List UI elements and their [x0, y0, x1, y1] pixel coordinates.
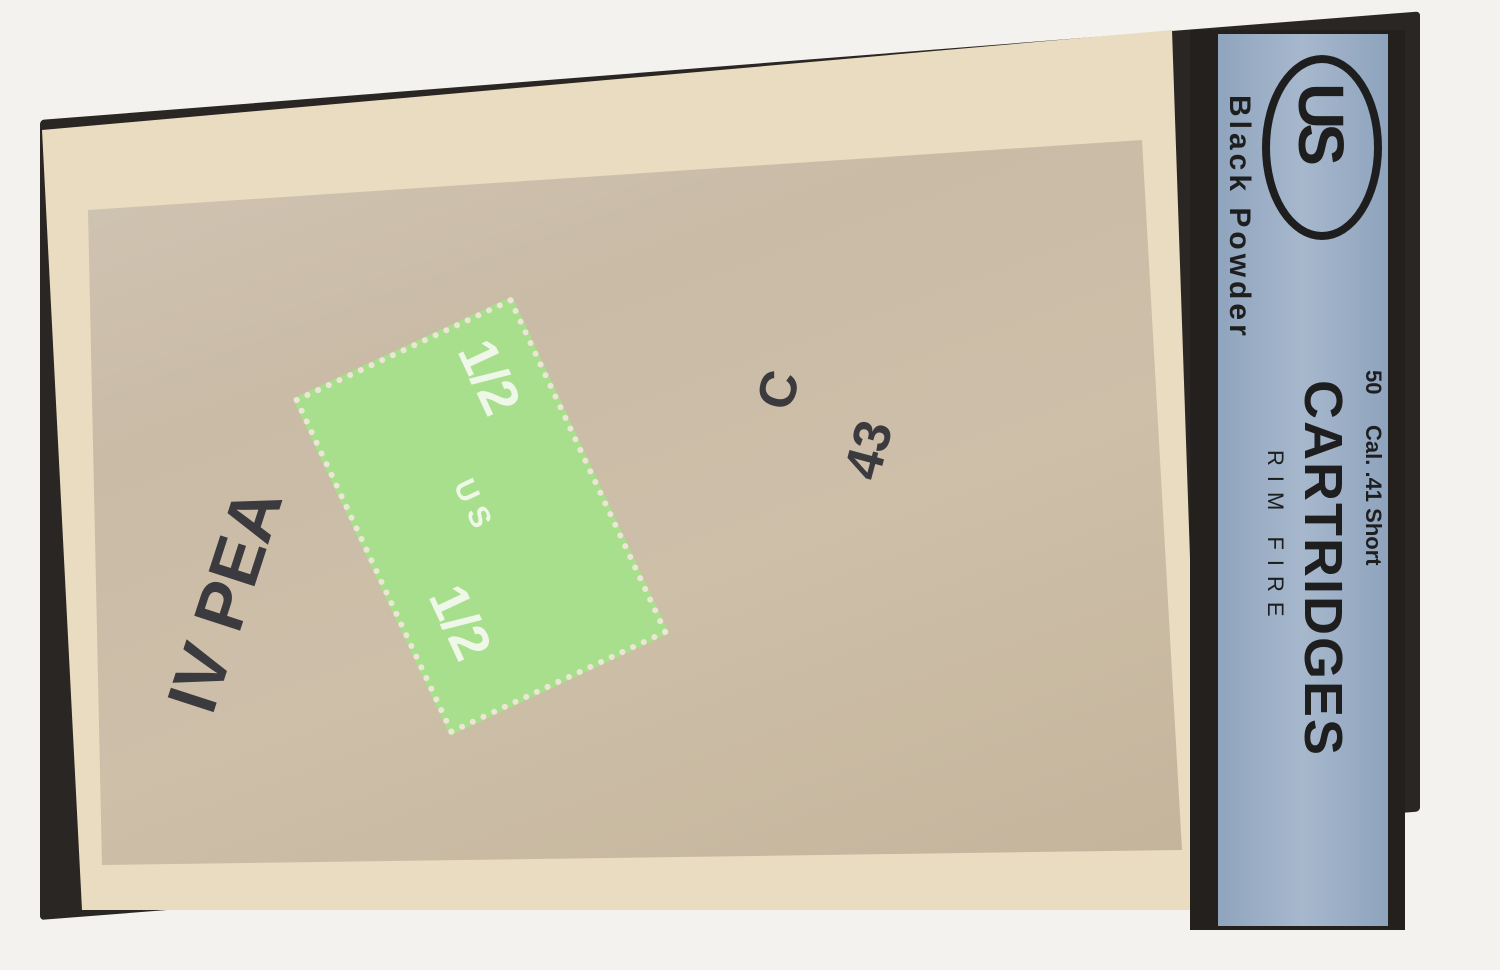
count-label: 50: [1360, 370, 1386, 394]
us-logo: US: [1262, 55, 1382, 240]
caliber-label: Cal. .41 Short: [1360, 425, 1386, 566]
cartridge-box: [42, 30, 1202, 910]
stamp-denomination-top: 1/2: [445, 330, 533, 424]
rimfire-label: RIM FIRE: [1262, 450, 1288, 627]
stamp-denomination-bottom: 1/2: [416, 575, 504, 669]
powder-label: Black Powder: [1222, 95, 1256, 340]
product-label: CARTRIDGES: [1292, 380, 1354, 757]
stamp-text: U S: [446, 474, 498, 534]
